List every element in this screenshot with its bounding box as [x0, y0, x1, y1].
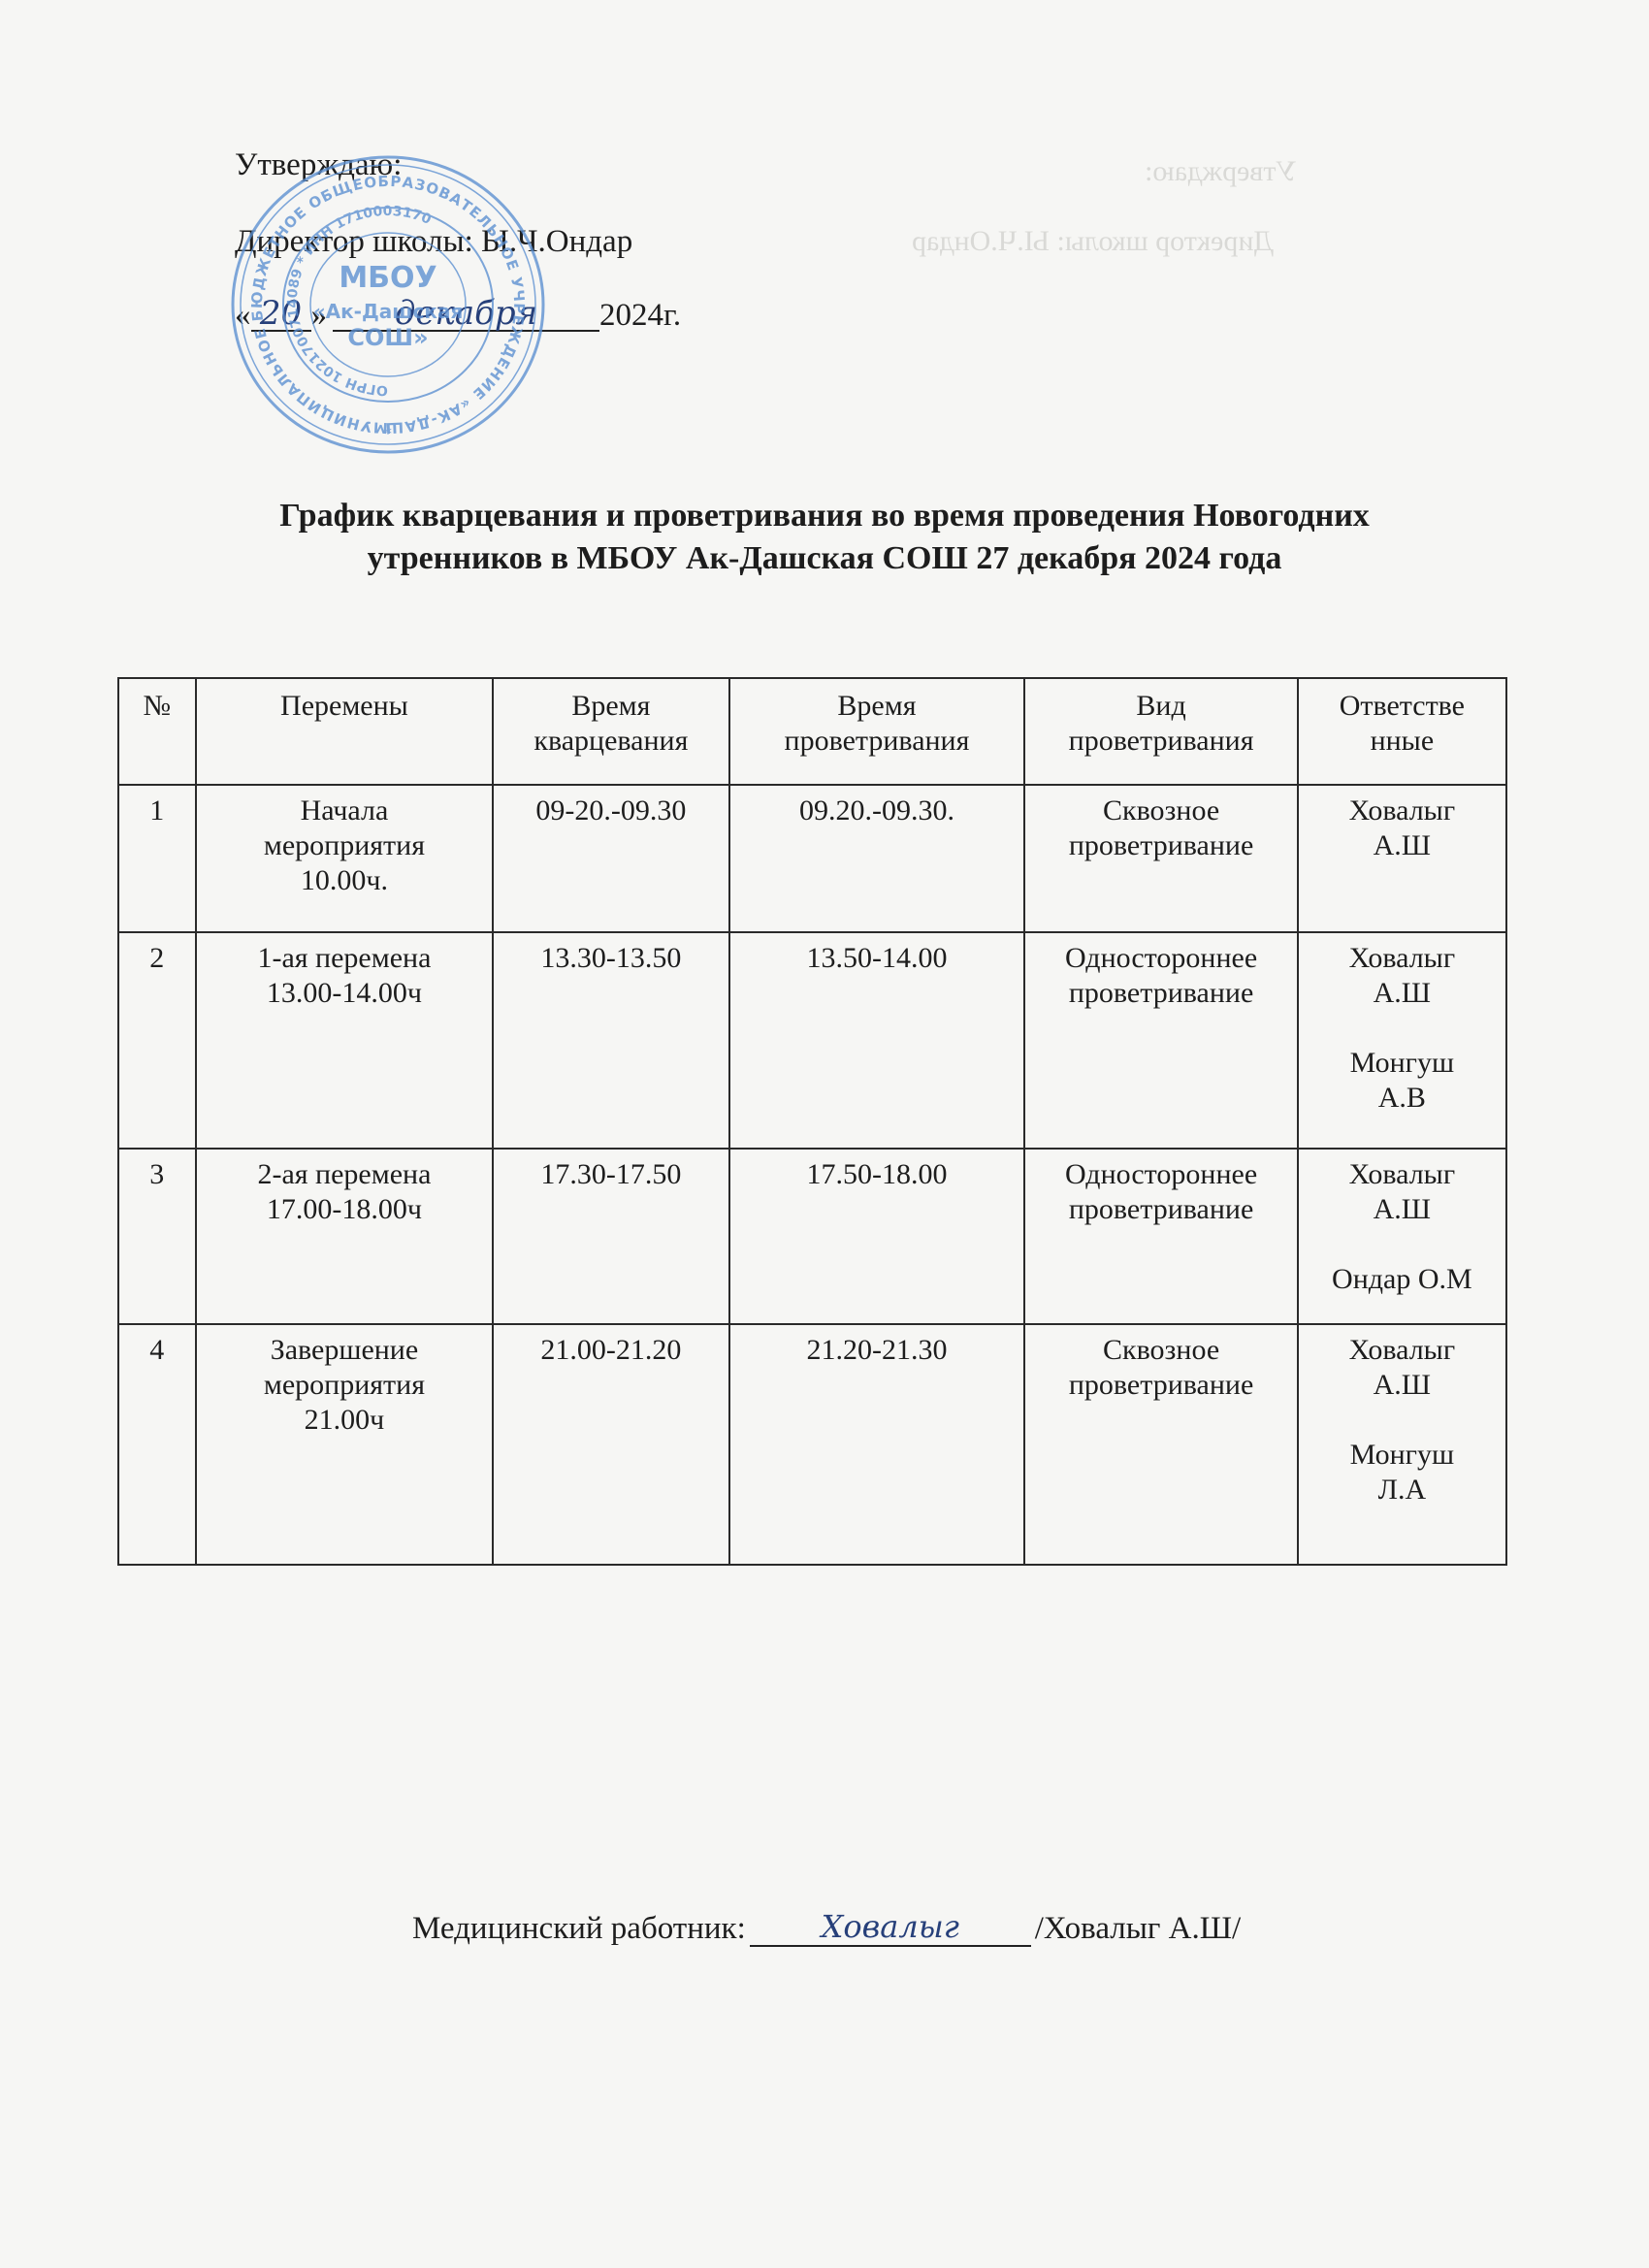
cell-quartz-time: 21.00-21.20	[493, 1324, 728, 1565]
title-line1: График кварцевания и проветривания во вр…	[145, 495, 1503, 537]
cell-vent-type: Сквозноепроветривание	[1024, 1324, 1297, 1565]
cell-responsible: ХовалыгА.Ш Ондар О.М	[1298, 1149, 1506, 1324]
table-row: 2 1-ая перемена13.00-14.00ч 13.30-13.50 …	[118, 932, 1506, 1149]
cell-number: 4	[118, 1324, 196, 1565]
table-header-row: № Перемены Времякварцевания Времяпроветр…	[118, 678, 1506, 785]
cell-number: 2	[118, 932, 196, 1149]
cell-vent-type: Одностороннеепроветривание	[1024, 932, 1297, 1149]
approval-date: « 20 » декабря 2024г.	[235, 297, 681, 332]
table-row: 3 2-ая перемена17.00-18.00ч 17.30-17.50 …	[118, 1149, 1506, 1324]
medical-worker-name: /Ховалыг А.Ш/	[1035, 1911, 1241, 1947]
cell-number: 1	[118, 785, 196, 932]
cell-break: 2-ая перемена17.00-18.00ч	[196, 1149, 494, 1324]
date-day-handwritten: 20	[251, 297, 311, 332]
cell-responsible: ХовалыгА.Ш МонгушЛ.А	[1298, 1324, 1506, 1565]
cell-responsible: ХовалыгА.Ш	[1298, 785, 1506, 932]
bleed-through-director: Директор школы: Ы.Ч.Ондар	[912, 225, 1274, 258]
table-row: 4 Завершениемероприятия21.00ч 21.00-21.2…	[118, 1324, 1506, 1565]
cell-quartz-time: 17.30-17.50	[493, 1149, 728, 1324]
header-breaks: Перемены	[196, 678, 494, 785]
document-title: График кварцевания и проветривания во вр…	[145, 495, 1503, 580]
cell-vent-time: 17.50-18.00	[729, 1149, 1025, 1324]
header-vent-type: Видпроветривания	[1024, 678, 1297, 785]
table-row: 1 Началамероприятия10.00ч. 09-20.-09.30 …	[118, 785, 1506, 932]
header-number: №	[118, 678, 196, 785]
cell-vent-time: 09.20.-09.30.	[729, 785, 1025, 932]
cell-quartz-time: 13.30-13.50	[493, 932, 728, 1149]
cell-break: Завершениемероприятия21.00ч	[196, 1324, 494, 1565]
date-open-quote: «	[235, 300, 251, 332]
cell-number: 3	[118, 1149, 196, 1324]
cell-vent-type: Сквозноепроветривание	[1024, 785, 1297, 932]
svg-text:МУНИЦИПАЛЬНОЕ БЮДЖЕТНОЕ ОБЩЕОБ: МУНИЦИПАЛЬНОЕ БЮДЖЕТНОЕ ОБЩЕОБРАЗОВАТЕЛЬ…	[221, 142, 528, 437]
cell-vent-time: 21.20-21.30	[729, 1324, 1025, 1565]
date-close-quote: »	[311, 300, 328, 332]
schedule-table: № Перемены Времякварцевания Времяпроветр…	[117, 677, 1507, 1566]
cell-responsible: ХовалыгА.Ш МонгушА.В	[1298, 932, 1506, 1149]
stamp-center-line1: МБОУ	[339, 261, 436, 295]
handwritten-signature: Ховалыг	[750, 1908, 1031, 1947]
title-line2: утренников в МБОУ Ак-Дашская СОШ 27 дека…	[145, 537, 1503, 580]
medical-worker-label: Медицинский работник:	[412, 1911, 746, 1947]
director-line: Директор школы: Ы.Ч.Ондар	[235, 226, 632, 258]
cell-break: 1-ая перемена13.00-14.00ч	[196, 932, 494, 1149]
header-vent-time: Времяпроветривания	[729, 678, 1025, 785]
cell-vent-type: Одностороннеепроветривание	[1024, 1149, 1297, 1324]
date-year: 2024г.	[599, 300, 681, 332]
cell-quartz-time: 09-20.-09.30	[493, 785, 728, 932]
bleed-through-approve: Утверждаю:	[1145, 155, 1297, 188]
medical-worker-signature: Медицинский работник: Ховалыг /Ховалыг А…	[412, 1908, 1241, 1947]
date-month-handwritten: декабря	[333, 297, 599, 332]
stamp-ring-text: МУНИЦИПАЛЬНОЕ БЮДЖЕТНОЕ ОБЩЕОБРАЗОВАТЕЛЬ…	[221, 142, 528, 437]
cell-break: Началамероприятия10.00ч.	[196, 785, 494, 932]
approve-label: Утверждаю:	[235, 149, 402, 181]
svg-text:*: *	[384, 424, 392, 442]
cell-vent-time: 13.50-14.00	[729, 932, 1025, 1149]
header-quartz-time: Времякварцевания	[493, 678, 728, 785]
header-responsible: Ответственные	[1298, 678, 1506, 785]
